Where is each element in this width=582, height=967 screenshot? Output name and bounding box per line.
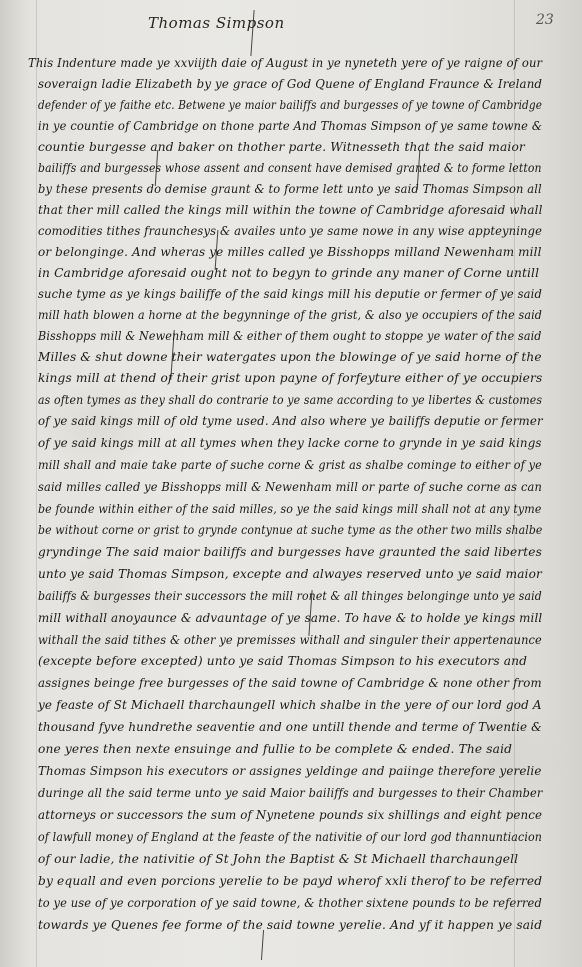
text-line: Milles & shut downe their watergates upo… <box>38 350 539 364</box>
text-line: that ther mill called the kings mill wit… <box>38 203 529 217</box>
text-line: said milles called ye Bisshopps mill & N… <box>38 480 510 494</box>
text-line: unto ye said Thomas Simpson, excepte and… <box>38 567 538 581</box>
text-line: thousand fyve hundrethe seaventie and on… <box>38 720 530 734</box>
text-line: to ye use of ye corporation of ye said t… <box>38 896 510 910</box>
text-line: (excepte before excepted) unto ye said T… <box>38 654 542 668</box>
text-line: comodities tithes fraunchesys & availes … <box>38 224 514 238</box>
text-line: one yeres then nexte ensuinge and fullie… <box>38 742 542 756</box>
text-line: in ye countie of Cambridge on thone part… <box>38 119 510 133</box>
text-line: suche tyme as ye kings bailiffe of the s… <box>38 287 514 301</box>
manuscript-page: Thomas Simpson 23 This Indenture made ye… <box>0 0 582 967</box>
text-line: as often tymes as they shall do contrari… <box>38 393 491 407</box>
text-line: mill hath blowen a horne at the begynnin… <box>38 308 497 322</box>
text-line: mill withall anoyaunce & advauntage of y… <box>38 611 528 625</box>
text-line: of lawfull money of England at the feast… <box>38 830 496 844</box>
text-line: of our ladie, the nativitie of St John t… <box>38 852 542 866</box>
text-line: assignes beinge free burgesses of the sa… <box>38 676 524 690</box>
text-line: kings mill at thend of their grist upon … <box>38 371 541 385</box>
text-line: of ye said kings mill at all tymes when … <box>38 436 528 450</box>
text-line: gryndinge The said maior bailiffs and bu… <box>38 545 539 559</box>
text-line: be without corne or grist to grynde cont… <box>38 523 489 537</box>
folio-number: 23 <box>536 12 554 28</box>
text-line: ye feaste of St Michaell tharchaungell w… <box>38 698 534 712</box>
text-line: duringe all the said terme unto ye said … <box>38 786 507 800</box>
text-line: Thomas Simpson his executors or assignes… <box>38 764 528 778</box>
text-line: mill shall and maie take parte of suche … <box>38 458 502 472</box>
text-line: be founde within either of the said mill… <box>38 502 493 516</box>
text-line: towards ye Quenes fee forme of the said … <box>38 918 540 932</box>
text-line: in Cambridge aforesaid ought not to begy… <box>38 266 542 280</box>
text-line: attorneys or successors the sum of Nynet… <box>38 808 527 822</box>
text-line: defender of ye faithe etc. Betwene ye ma… <box>38 98 471 112</box>
text-line: bailiffs & burgesses their successors th… <box>38 589 489 603</box>
text-line: countie burgesse and baker on thother pa… <box>38 140 542 154</box>
text-line: of ye said kings mill of old tyme used. … <box>38 414 525 428</box>
paper-stain <box>430 700 570 820</box>
descender-stroke <box>261 930 264 960</box>
document-heading: Thomas Simpson <box>148 14 285 32</box>
text-line: withall the said tithes & other ye premi… <box>38 633 508 647</box>
text-line: by these presents do demise graunt & to … <box>38 182 511 196</box>
text-line: by equall and even porcions yerelie to b… <box>38 874 542 888</box>
text-line: soveraign ladie Elizabeth by ye grace of… <box>38 77 525 91</box>
text-line: Bisshopps mill & Newenham mill & either … <box>38 329 498 343</box>
text-line: This Indenture made ye xxviijth daie of … <box>28 56 515 70</box>
text-line: or belonginge. And wheras ye milles call… <box>38 245 533 259</box>
left-margin-rule <box>36 0 37 967</box>
